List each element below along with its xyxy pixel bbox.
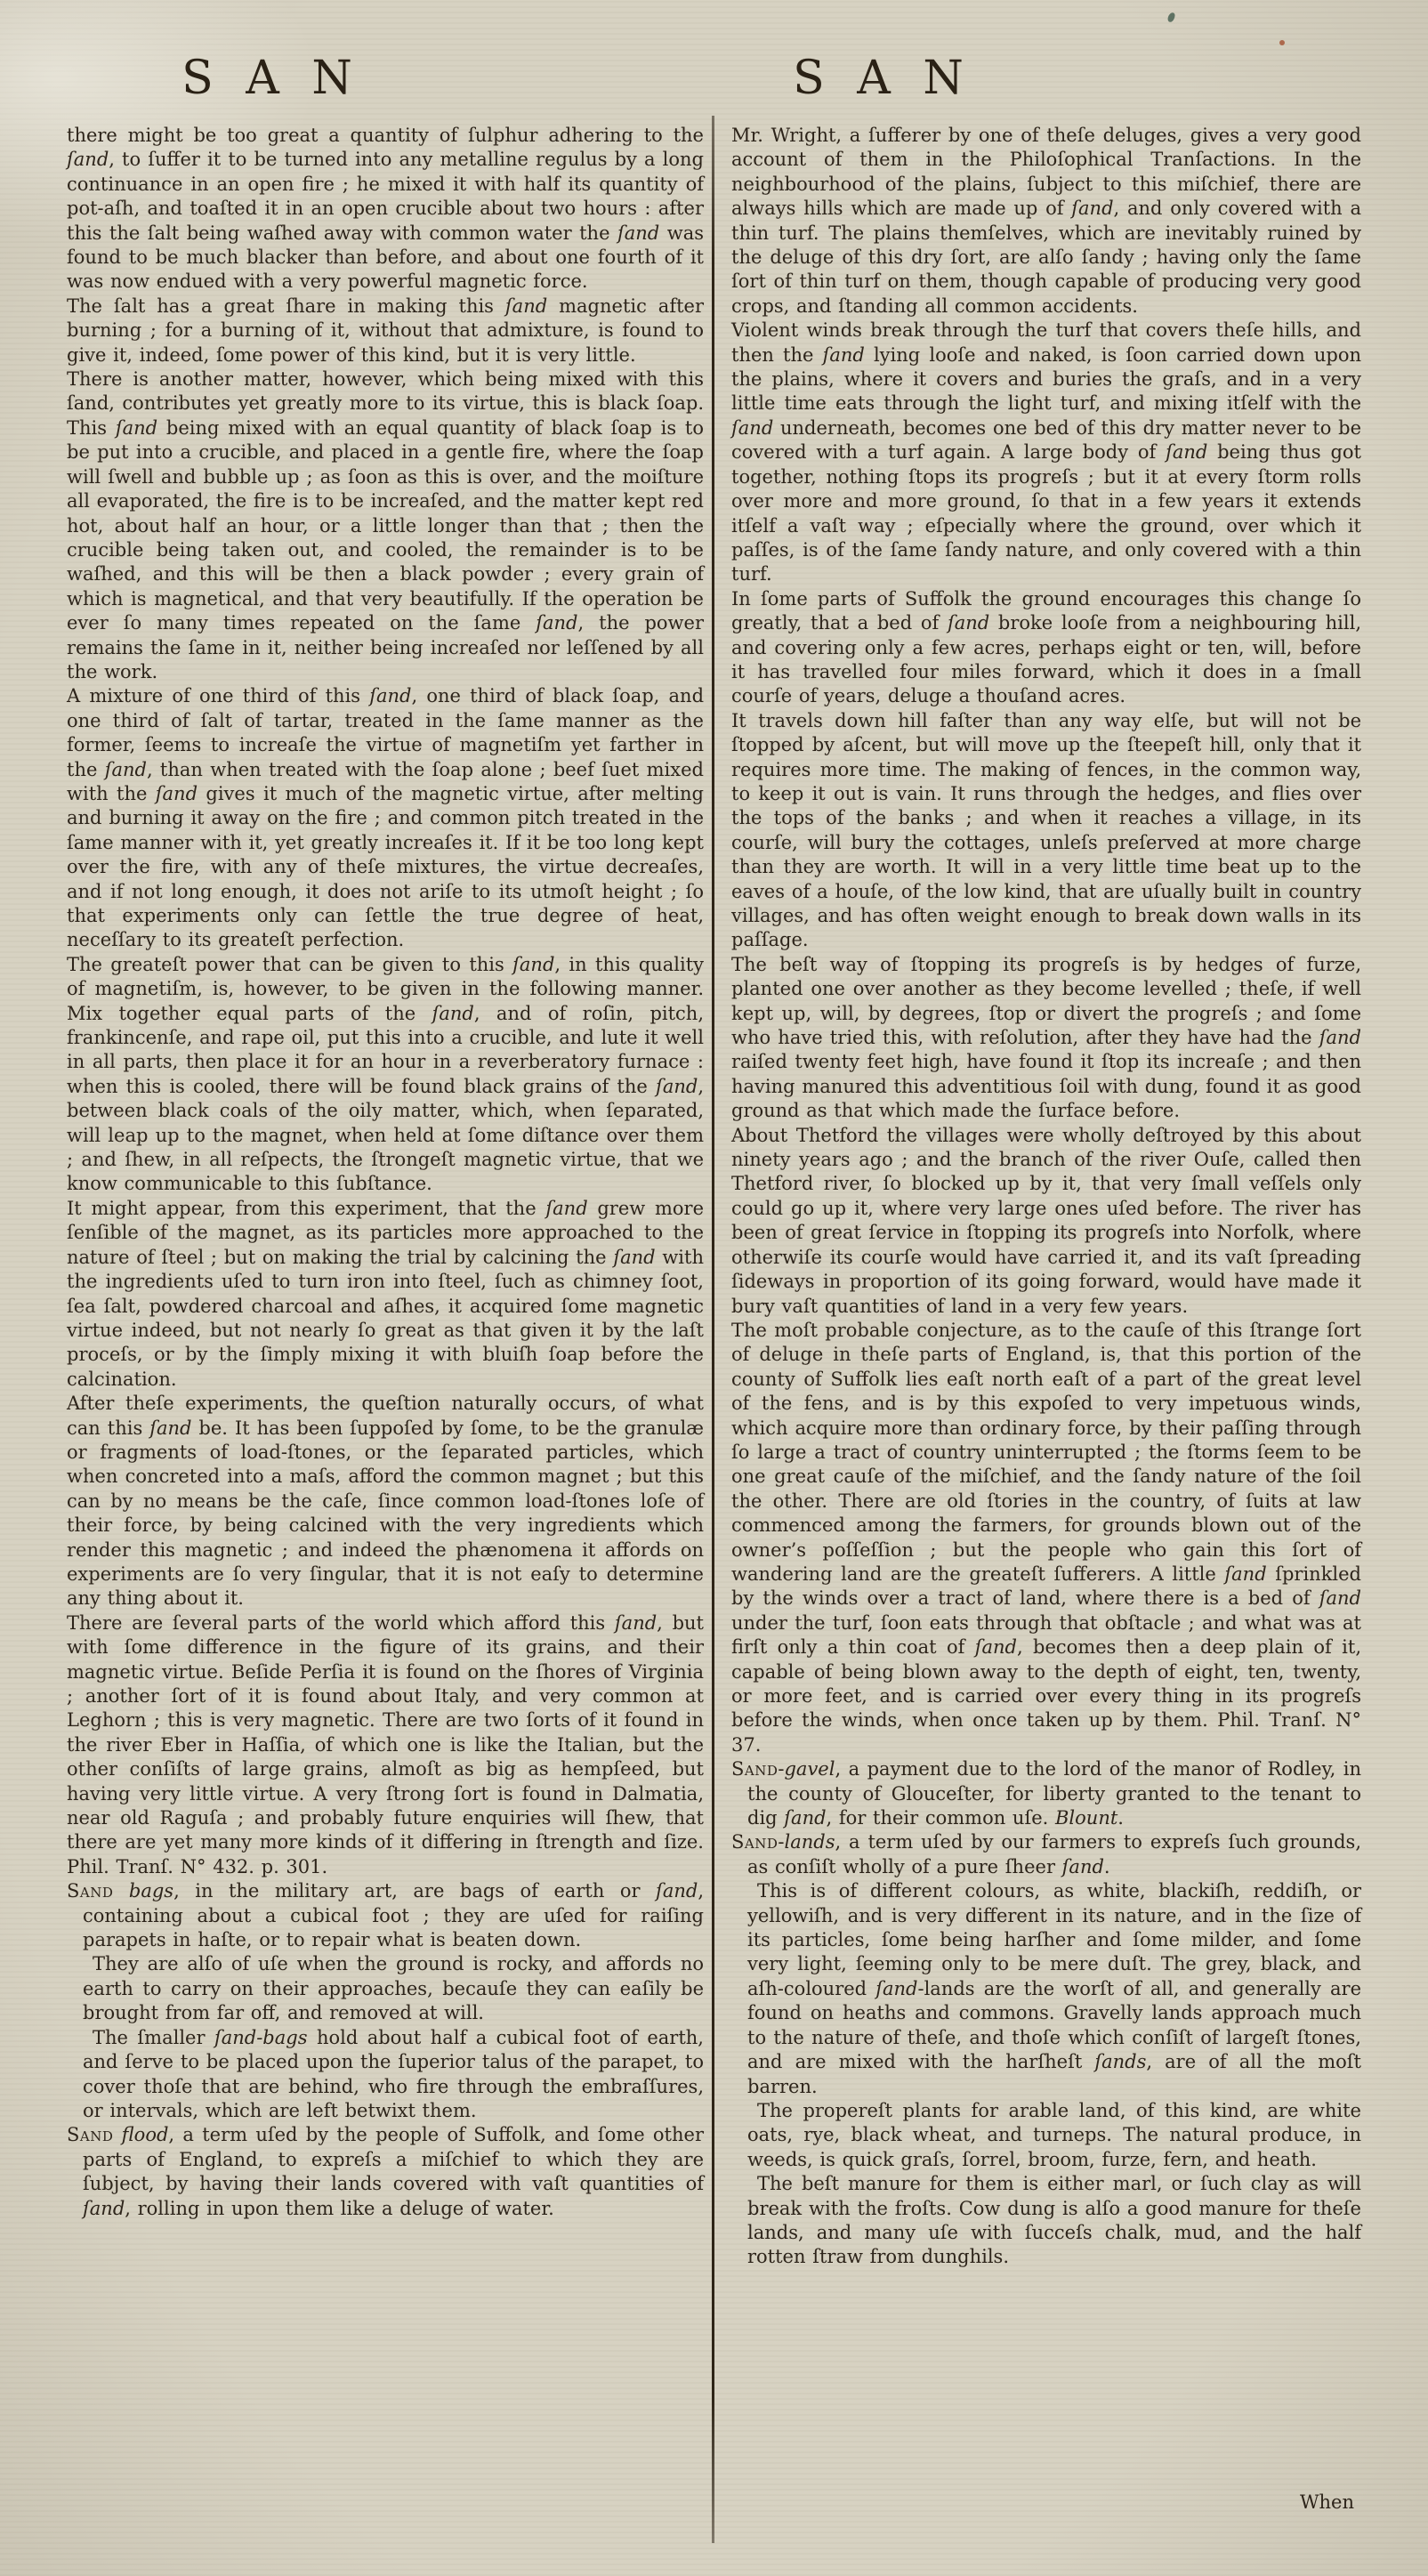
headword-smallcaps: Sand (731, 1758, 778, 1780)
paragraph: After theſe experiments, the queſtion na… (67, 1392, 704, 1611)
paragraph: There is another matter, however, which … (67, 367, 704, 684)
green-ink-speck (1166, 12, 1175, 23)
paragraph: The ſalt has a great ſhare in making thi… (67, 295, 704, 367)
italic-text: ſand (67, 149, 109, 170)
italic-text: Blount (1055, 1807, 1117, 1829)
italic-text: ſand (615, 1612, 657, 1634)
italic-text: ſand (875, 1978, 917, 1999)
paragraph: The beſt way of ſtopping its progreſs is… (731, 953, 1361, 1124)
italic-text: ſand (105, 759, 147, 780)
italic-text: lands (784, 1831, 835, 1853)
italic-text: ſand (505, 295, 547, 317)
paragraph: In ſome parts of Suffolk the ground enco… (731, 587, 1361, 709)
italic-text: bags (129, 1880, 173, 1902)
italic-text: ſand-bags (214, 2027, 308, 2048)
page: S A N S A N there might be too great a q… (0, 0, 1428, 2576)
paragraph: It might appear, from this experiment, t… (67, 1197, 704, 1392)
italic-text: ſand (656, 1880, 698, 1902)
italic-text: ſand (83, 2198, 125, 2219)
paragraph: The beſt manure for them is either marl,… (731, 2172, 1361, 2270)
running-title-left: S A N (182, 55, 361, 101)
paragraph: The ſmaller ſand-bags hold about half a … (67, 2026, 704, 2124)
paragraph: The propereſt plants for arable land, of… (731, 2099, 1361, 2172)
dictionary-entry: Sand-gavel, a payment due to the lord of… (731, 1757, 1361, 1830)
dictionary-entry: Sand bags, in the military art, are bags… (67, 1879, 704, 1952)
paragraph: They are alſo of uſe when the ground is … (67, 1952, 704, 2025)
dictionary-entry: Sand-lands, a term uſed by our farmers t… (731, 1830, 1361, 1879)
paragraph: About Thetford the villages were wholly … (731, 1124, 1361, 1319)
italic-text: ſand (432, 1003, 474, 1024)
paragraph: There are ſeveral parts of the world whi… (67, 1611, 704, 1879)
paragraph: It travels down hill faſter than any way… (731, 709, 1361, 953)
paragraph: The greateſt power that can be given to … (67, 953, 704, 1197)
italic-text: ſand (1071, 198, 1113, 219)
running-title-right: S A N (793, 55, 972, 101)
italic-text: ſand (156, 783, 198, 804)
red-ink-speck (1279, 40, 1285, 45)
paragraph: Mr. Wright, a ſufferer by one of theſe d… (731, 124, 1361, 319)
headword-smallcaps: Sand (731, 1831, 778, 1853)
paragraph: there might be too great a quantity of ſ… (67, 124, 704, 295)
right-column: Mr. Wright, a ſufferer by one of theſe d… (731, 124, 1361, 2270)
italic-text: ſand (948, 612, 989, 634)
italic-text: ſand (656, 1076, 698, 1097)
italic-text: ſand (1319, 1027, 1361, 1048)
italic-text: gavel (784, 1758, 835, 1780)
catchword: When (731, 2491, 1354, 2513)
italic-text: ſand (1062, 1856, 1104, 1877)
italic-text: ſand (149, 1417, 191, 1439)
column-divider (712, 116, 714, 2543)
italic-text: ſand (1166, 441, 1207, 463)
paragraph: A mixture of one third of this ſand, one… (67, 684, 704, 952)
dictionary-entry: Sand flood, a term uſed by the people of… (67, 2123, 704, 2221)
italic-text: ſand (369, 685, 411, 707)
italic-text: ſand (731, 417, 773, 439)
italic-text: flood (122, 2124, 169, 2145)
italic-text: ſand (784, 1807, 826, 1829)
italic-text: ſand (617, 222, 659, 244)
headword-smallcaps: Sand (67, 2124, 113, 2145)
italic-text: ſand (1319, 1587, 1361, 1609)
paragraph: The moſt probable conjecture, as to the … (731, 1319, 1361, 1757)
italic-text: ſand (545, 1198, 587, 1219)
paragraph: This is of different colours, as white, … (731, 1879, 1361, 2099)
italic-text: ſand (823, 344, 865, 366)
left-column: there might be too great a quantity of ſ… (67, 124, 704, 2221)
italic-text: ſand (512, 954, 554, 975)
italic-text: ſand (975, 1636, 1017, 1658)
paragraph: Violent winds break through the turf tha… (731, 319, 1361, 586)
italic-text: ſand (1224, 1563, 1266, 1585)
italic-text: ſands (1094, 2051, 1146, 2072)
italic-text: ſand (613, 1247, 655, 1268)
italic-text: ſand (536, 612, 577, 634)
italic-text: ſand (116, 417, 157, 439)
headword-smallcaps: Sand (67, 1880, 113, 1902)
